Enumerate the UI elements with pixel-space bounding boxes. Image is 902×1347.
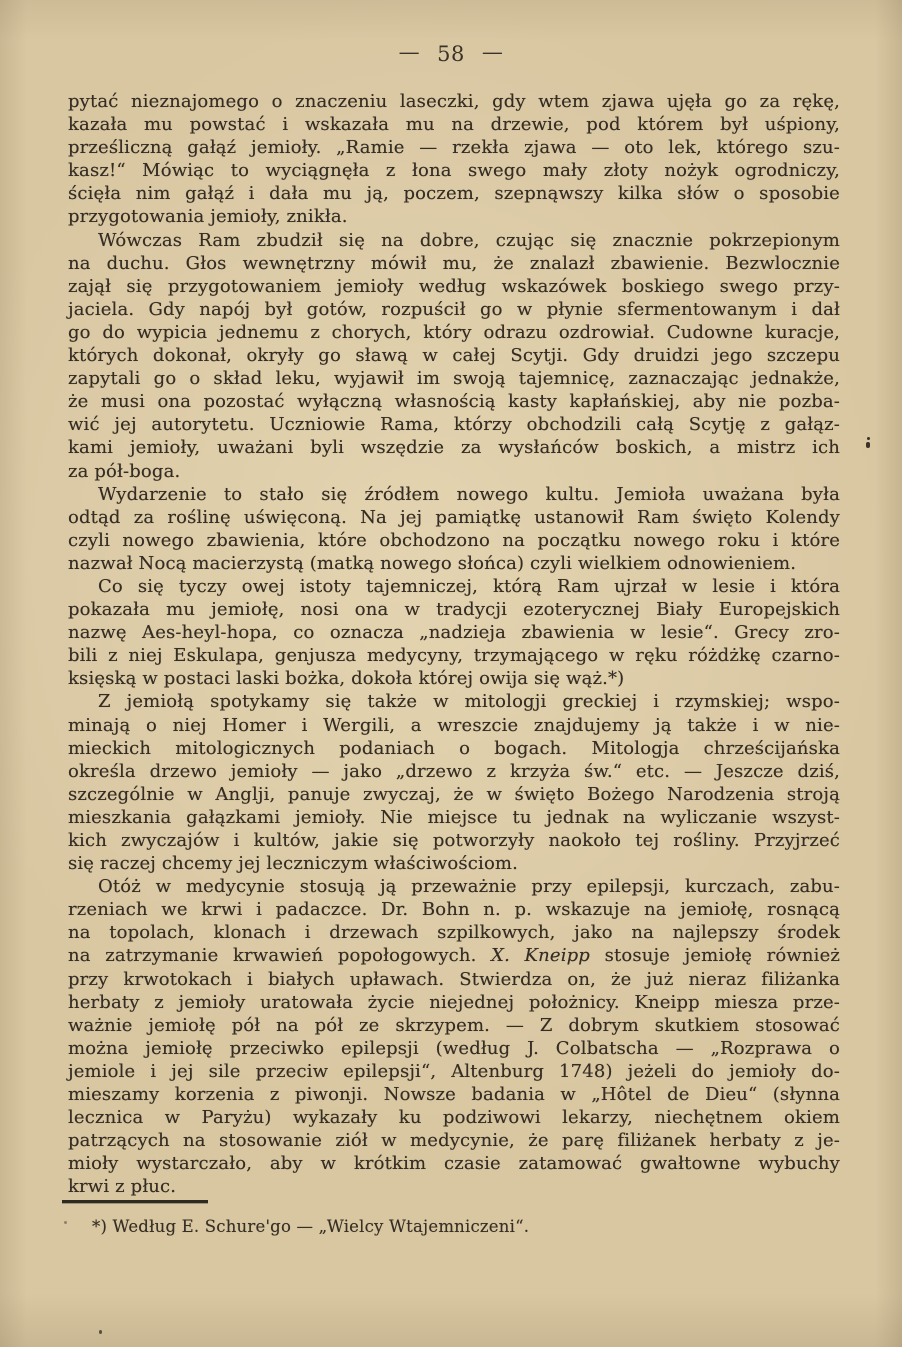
text-line: kazała mu powstać i wskazała mu na drzew…	[68, 113, 840, 136]
footnote-text: *) Według E. Schure'go — „Wielcy Wtajemn…	[68, 1216, 864, 1238]
scan-speck	[64, 1221, 67, 1224]
text-line: na zatrzymanie krwawień popołogowych. X.…	[68, 944, 840, 967]
text-line: kasz!“ Mówiąc to wyciągnęła z łona swego…	[68, 159, 840, 182]
text-line: rzeniach we krwi i padaczce. Dr. Bohn n.…	[68, 898, 840, 921]
text-line: się raczej chcemy jej leczniczym właściw…	[68, 852, 840, 875]
body-text: pytać nieznajomego o znaczeniu laseczki,…	[68, 90, 840, 1199]
scan-speck	[99, 1330, 102, 1334]
text-line: jemiole i jej sile przeciw epilepsji“, A…	[68, 1060, 840, 1083]
footnote-separator	[62, 1200, 208, 1203]
text-line: Z jemiołą spotykamy się także w mitologj…	[68, 690, 840, 713]
text-line: nazwał Nocą macierzystą (matką nowego sł…	[68, 552, 840, 575]
text-line: mieszkania gałązkami jemioły. Nie miejsc…	[68, 806, 840, 829]
text-line: ścięła nim gałąź i dała mu ją, poczem, s…	[68, 182, 840, 205]
page-number: 58	[437, 42, 465, 66]
text-line: go do wypicia jednemu z chorych, który o…	[68, 321, 840, 344]
text-line: krwi z płuc.	[68, 1175, 840, 1198]
text-line: można jemiołę przeciwko epilepsji (wedłu…	[68, 1037, 840, 1060]
text-line: patrzących na stosowanie ziół w medycyni…	[68, 1129, 840, 1152]
text-line: pytać nieznajomego o znaczeniu laseczki,…	[68, 90, 840, 113]
text-line: przy krwotokach i białych upławach. Stwi…	[68, 968, 840, 991]
page-header: —58—	[0, 42, 902, 66]
text-line: Wówczas Ram zbudził się na dobre, czując…	[68, 229, 840, 252]
text-line: ważnie jemiołę pół na pół ze skrzypem. —…	[68, 1014, 840, 1037]
text-line: szczególnie w Anglji, panuje zwyczaj, że…	[68, 783, 840, 806]
text-line: jaciela. Gdy napój był gotów, rozpuścił …	[68, 298, 840, 321]
text-line: księską w postaci laski bożka, dokoła kt…	[68, 667, 840, 690]
text-line: mieckich mitologicznych podaniach o boga…	[68, 737, 840, 760]
text-line: przygotowania jemioły, znikła.	[68, 205, 840, 228]
text-line: nazwę Aes-heyl-hopa, co oznacza „nadziej…	[68, 621, 840, 644]
text-line: czyli nowego zbawienia, które obchodzono…	[68, 529, 840, 552]
text-line: za pół-boga.	[68, 460, 840, 483]
text-line: Co się tyczy owej istoty tajemniczej, kt…	[68, 575, 840, 598]
text-line: kich zwyczajów i kultów, jakie się potwo…	[68, 829, 840, 852]
text-line: Otóż w medycynie stosują ją przeważnie p…	[68, 875, 840, 898]
scan-speck	[867, 437, 870, 440]
text-line: wić jej autorytetu. Uczniowie Rama, któr…	[68, 413, 840, 436]
text-line: na topolach, klonach i drzewach szpilkow…	[68, 921, 840, 944]
header-dash-right: —	[482, 40, 504, 64]
text-line: że musi ona pozostać wyłączną własnością…	[68, 390, 840, 413]
text-line: zajął się przygotowaniem jemioły według …	[68, 275, 840, 298]
text-line: określa drzewo jemioły — jako „drzewo z …	[68, 760, 840, 783]
text-line: prześliczną gałąź jemioły. „Ramie — rzek…	[68, 136, 840, 159]
book-page: —58— pytać nieznajomego o znaczeniu lase…	[0, 0, 902, 1347]
text-line: bili z niej Eskulapa, genjusza medycyny,…	[68, 644, 840, 667]
text-line: pokazała mu jemiołę, nosi ona w tradycji…	[68, 598, 840, 621]
text-line: herbaty z jemioły uratowała życie niejed…	[68, 991, 840, 1014]
text-line: Wydarzenie to stało się źródłem nowego k…	[68, 483, 840, 506]
text-line: zapytali go o skład leku, wyjawił im swo…	[68, 367, 840, 390]
text-line: mioły wystarczało, aby w krótkim czasie …	[68, 1152, 840, 1175]
text-line: lecznica w Paryżu) wykazały ku podziwowi…	[68, 1106, 840, 1129]
text-line: na duchu. Głos wewnętrzny mówił mu, że z…	[68, 252, 840, 275]
text-line: minają o niej Homer i Wergili, a wreszci…	[68, 714, 840, 737]
text-line: kami jemioły, uważani byli wszędzie za w…	[68, 436, 840, 459]
text-line: odtąd za roślinę uświęconą. Na jej pamią…	[68, 506, 840, 529]
header-dash-left: —	[399, 40, 421, 64]
scan-speck	[866, 442, 870, 448]
text-line: których dokonał, okryły go sławą w całej…	[68, 344, 840, 367]
text-line: mieszamy korzenia z piwonji. Nowsze bada…	[68, 1083, 840, 1106]
